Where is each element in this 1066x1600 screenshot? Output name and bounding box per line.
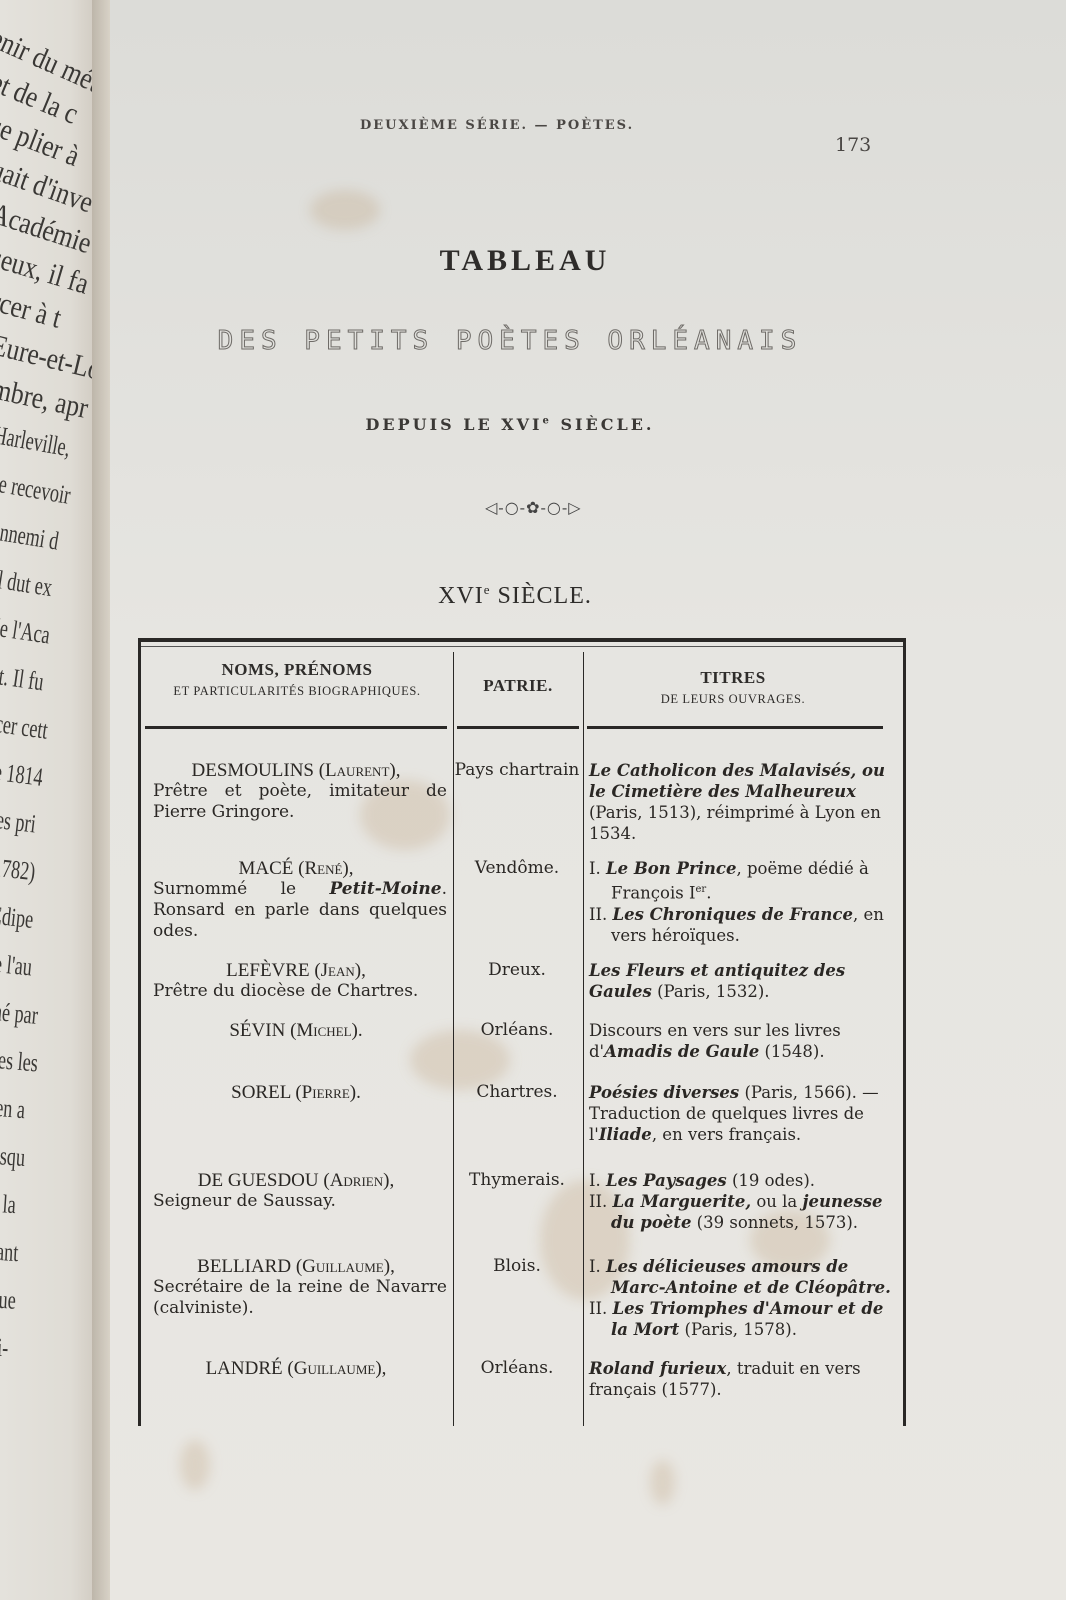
work-title: Les Triomphes d'Amour et de la Mort [611, 1299, 883, 1339]
poet-name-cell: DESMOULINS (Laurent),Prêtre et poète, im… [145, 760, 447, 823]
work-entry: II. Les Triomphes d'Amour et de la Mort … [589, 1298, 895, 1340]
poet-firstname: (Guillaume), [296, 1256, 395, 1277]
poet-name: SÉVIN (Michel). [145, 1020, 447, 1041]
poet-biography: Surnommé le Petit-Moine. Ronsard en parl… [145, 879, 447, 942]
poet-firstname: (Guillaume), [287, 1358, 386, 1379]
poet-name-cell: SÉVIN (Michel). [145, 1020, 447, 1041]
facing-page-text-fragment: ennemi d [0, 516, 61, 556]
facing-page-text-fragment: nné par [0, 996, 40, 1031]
superscript: er [695, 884, 706, 895]
poet-biography: Prêtre du diocèse de Chartres. [145, 981, 447, 1002]
poet-name: MACÉ (René), [145, 858, 447, 879]
work-entry: I. Le Bon Prince, poëme dédié à François… [589, 858, 895, 904]
work-title: Poésies diverses [589, 1083, 739, 1102]
work-title: Roland furieux [589, 1359, 726, 1378]
poet-homeland: Pays chartrain [453, 760, 581, 781]
facing-page-text-fragment: de la [0, 1188, 17, 1220]
facing-page-text-fragment: Il dut ex [0, 564, 54, 603]
facing-page-text-fragment: re 1814 [0, 756, 45, 793]
left-facing-page: enir du métiet de la cse plier àuait d'i… [0, 0, 100, 1600]
foxing-stain [180, 1440, 210, 1490]
works-cell: Le Catholicon des Malavisés, ou le Cimet… [589, 760, 895, 844]
work-title: Les Paysages [606, 1171, 727, 1190]
poet-name: BELLIARD (Guillaume), [145, 1256, 447, 1277]
poet-firstname: (Pierre). [295, 1082, 361, 1103]
poet-surname: SOREL [231, 1082, 295, 1103]
poet-biography: Seigneur de Saussay. [145, 1191, 447, 1212]
work-entry: II. La Marguerite, ou la jeunesse du poè… [589, 1191, 895, 1233]
column-header-names: NOMS, PRÉNOMS ET PARTICULARITÉS BIOGRAPH… [141, 660, 453, 699]
poet-surname: DESMOULINS [192, 760, 319, 781]
column-divider [583, 652, 584, 1426]
work-title: Le Bon Prince [606, 859, 736, 878]
running-head: DEUXIÈME SÉRIE. — POÈTES. [360, 118, 634, 133]
works-cell: I. Le Bon Prince, poëme dédié à François… [589, 858, 895, 946]
header-rule [457, 726, 579, 729]
facing-page-text-fragment: nt. Il fu [0, 660, 46, 697]
poet-name: DESMOULINS (Laurent), [145, 760, 447, 781]
poets-table: NOMS, PRÉNOMS ET PARTICULARITÉS BIOGRAPH… [138, 638, 906, 1426]
works-cell: I. Les Paysages (19 odes).II. La Marguer… [589, 1170, 895, 1233]
poet-surname: MACÉ [238, 858, 298, 879]
facing-page-text-fragment: ngi- [0, 1332, 9, 1363]
poet-name: DE GUESDOU (Adrien), [145, 1170, 447, 1191]
poet-homeland: Chartres. [453, 1082, 581, 1103]
poet-name: SOREL (Pierre). [145, 1082, 447, 1103]
works-cell: I. Les délicieuses amours de Marc-Antoin… [589, 1256, 895, 1340]
poet-biography: Prêtre et poète, imitateur de Pierre Gri… [145, 781, 447, 823]
poet-firstname: (Laurent), [319, 760, 401, 781]
work-title: Amadis de Gaule [604, 1042, 759, 1061]
poet-name-cell: DE GUESDOU (Adrien),Seigneur de Saussay. [145, 1170, 447, 1212]
poet-surname: LANDRÉ [206, 1358, 288, 1379]
poet-name: LANDRÉ (Guillaume), [145, 1358, 447, 1379]
work-entry: Poésies diverses (Paris, 1566). — Traduc… [589, 1082, 895, 1145]
work-title: Le Catholicon des Malavisés, ou le Cimet… [589, 761, 885, 801]
poet-firstname: (Adrien), [323, 1170, 394, 1191]
book-page: DEUXIÈME SÉRIE. — POÈTES. 173 TABLEAU DE… [110, 0, 1066, 1600]
column-header-patrie: PATRIE. [453, 676, 583, 696]
poet-homeland: Orléans. [453, 1020, 581, 1041]
work-entry: Le Catholicon des Malavisés, ou le Cimet… [589, 760, 895, 844]
works-cell: Les Fleurs et antiquitez des Gaules (Par… [589, 960, 895, 1002]
facing-page-text-fragment: rcer cett [0, 708, 50, 746]
facing-page-text-fragment: i que [0, 1284, 16, 1316]
facing-page-text-fragment: (1782) [0, 852, 37, 887]
column-header-titles: TITRES DE LEURS OUVRAGES. [583, 668, 883, 707]
since-line: DEPUIS LE XVIe SIÈCLE. [110, 415, 910, 434]
work-entry: Les Fleurs et antiquitez des Gaules (Par… [589, 960, 895, 1002]
page-number: 173 [835, 134, 871, 156]
facing-page-text-fragment: de l'au [0, 948, 34, 982]
facing-page-text-fragment: de l'Aca [0, 612, 52, 650]
poet-homeland: Dreux. [453, 960, 581, 981]
work-title: Les Chroniques de France [613, 905, 853, 924]
facing-page-text-fragment: nel [0, 1380, 1, 1411]
works-cell: Roland furieux, traduit en vers français… [589, 1358, 895, 1400]
foxing-stain [650, 1460, 675, 1505]
poet-homeland: Thymerais. [453, 1170, 581, 1191]
facing-page-text-fragment: Harleville, [0, 420, 73, 463]
poet-name-cell: LEFÈVRE (Jean),Prêtre du diocèse de Char… [145, 960, 447, 1002]
facing-page-text-fragment: re recevoir [0, 468, 73, 511]
page-subtitle: DES PETITS POÈTES ORLÉANAIS [110, 326, 910, 356]
poet-name-cell: SOREL (Pierre). [145, 1082, 447, 1103]
works-cell: Discours en vers sur les livres d'Amadis… [589, 1020, 895, 1062]
poet-homeland: Vendôme. [453, 858, 581, 879]
work-title: Les délicieuses amours de Marc-Antoine e… [606, 1257, 891, 1297]
header-rule [587, 726, 883, 729]
poet-surname: DE GUESDOU [198, 1170, 324, 1191]
foxing-stain [310, 190, 380, 230]
section-heading: XVIe SIÈCLE. [110, 582, 920, 610]
poet-homeland: Orléans. [453, 1358, 581, 1379]
poet-surname: LEFÈVRE [226, 960, 314, 981]
poet-firstname: (René), [298, 858, 353, 879]
works-cell: Poésies diverses (Paris, 1566). — Traduc… [589, 1082, 895, 1145]
poet-biography: Secrétaire de la reine de Navarre (calvi… [145, 1277, 447, 1319]
facing-page-text-fragment: osant [0, 1236, 20, 1268]
work-entry: I. Les délicieuses amours de Marc-Antoin… [589, 1256, 895, 1298]
facing-page-text-fragment: n'en a [0, 1092, 26, 1125]
nickname: Petit-Moine [329, 879, 441, 899]
poet-surname: SÉVIN [229, 1020, 290, 1041]
work-entry: Roland furieux, traduit en vers français… [589, 1358, 895, 1400]
work-title: Iliade [599, 1125, 652, 1144]
poet-name-cell: LANDRÉ (Guillaume), [145, 1358, 447, 1379]
poet-firstname: (Michel). [290, 1020, 363, 1041]
facing-page-text-fragment: Œdipe [0, 900, 35, 935]
poet-name: LEFÈVRE (Jean), [145, 960, 447, 981]
work-entry: I. Les Paysages (19 odes). [589, 1170, 895, 1191]
facing-page-text-fragment: Tasqu [0, 1140, 26, 1173]
poet-homeland: Blois. [453, 1256, 581, 1277]
poet-name-cell: MACÉ (René),Surnommé le Petit-Moine. Ron… [145, 858, 447, 942]
page-title: TABLEAU [110, 244, 940, 278]
facing-page-text-fragment: ntes les [0, 1044, 39, 1078]
work-title: La Marguerite, [613, 1192, 752, 1211]
poet-firstname: (Jean), [314, 960, 366, 981]
header-rule [145, 726, 447, 729]
work-title: Les Fleurs et antiquitez des Gaules [589, 961, 845, 1001]
facing-page-text-fragment: ces pri [0, 804, 37, 839]
poet-surname: BELLIARD [197, 1256, 296, 1277]
work-entry: Discours en vers sur les livres d'Amadis… [589, 1020, 895, 1062]
poet-name-cell: BELLIARD (Guillaume),Secrétaire de la re… [145, 1256, 447, 1319]
ornament-icon: ◁-○-✿-○-▷ [485, 498, 582, 517]
work-entry: II. Les Chroniques de France, en vers hé… [589, 904, 895, 946]
